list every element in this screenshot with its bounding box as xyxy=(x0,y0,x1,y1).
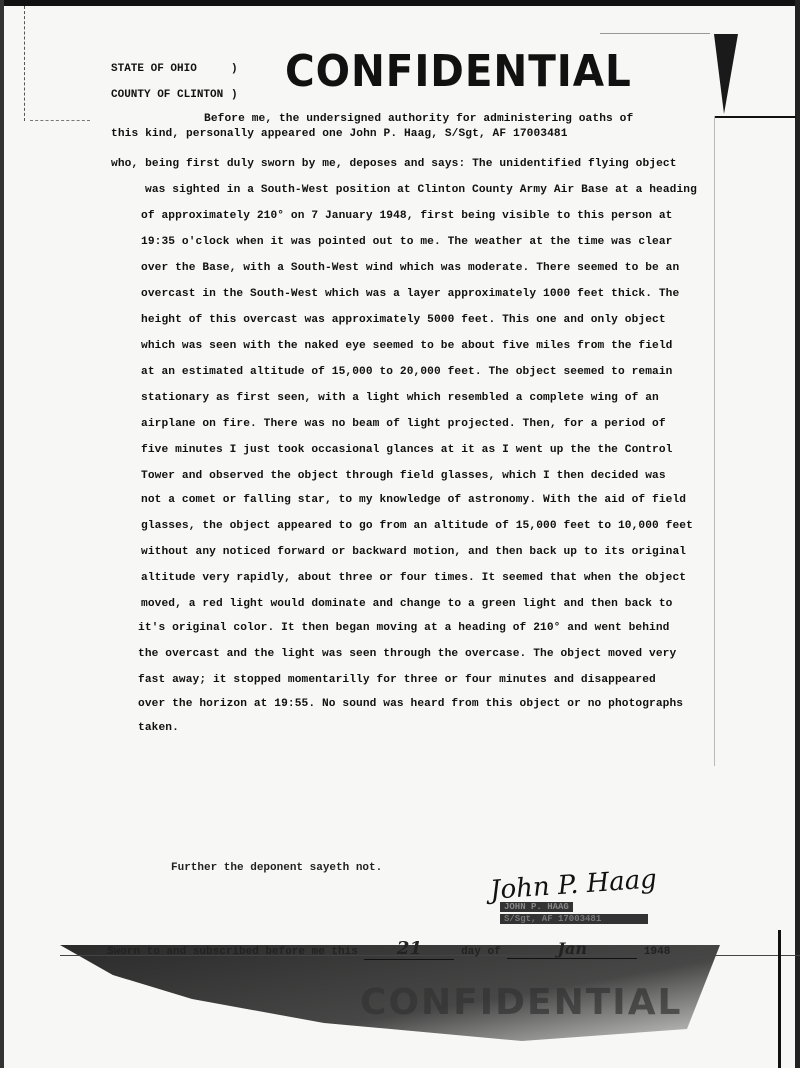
closing-statement: Further the deponent sayeth not. xyxy=(171,862,382,874)
fold-mark xyxy=(30,120,90,122)
body-line: altitude very rapidly, about three or fo… xyxy=(141,572,686,584)
body-line: which was seen with the naked eye seemed… xyxy=(141,340,672,352)
handwritten-signature: John P. Haag xyxy=(489,864,658,906)
fold-line-top xyxy=(600,33,710,34)
body-line: five minutes I just took occasional glan… xyxy=(141,444,672,456)
body-line: without any noticed forward or backward … xyxy=(141,546,686,558)
body-line: Before me, the undersigned authority for… xyxy=(204,113,633,125)
fold-line xyxy=(24,6,26,121)
brace: ) xyxy=(231,82,238,108)
jurat-year: 1948 xyxy=(644,946,670,958)
body-line: 19:35 o'clock when it was pointed out to… xyxy=(141,236,672,248)
body-line: it's original color. It then began movin… xyxy=(138,622,669,634)
body-line: at an estimated altitude of 15,000 to 20… xyxy=(141,366,672,378)
jurat-month: Jan xyxy=(507,939,637,959)
scan-border-left xyxy=(0,0,4,1068)
body-line: fast away; it stopped momentarilly for t… xyxy=(138,674,656,686)
body-line: this kind, personally appeared one John … xyxy=(111,128,568,140)
confidential-stamp-top: CONFIDENTIAL xyxy=(285,46,632,97)
typed-rank: S/Sgt, AF 17003481 xyxy=(500,914,648,924)
jurisdiction-block: STATE OF OHIO ) COUNTY OF CLINTON ) xyxy=(111,56,238,108)
state-label: STATE OF OHIO xyxy=(111,56,231,82)
body-line: Tower and observed the object through fi… xyxy=(141,470,666,482)
body-line: of approximately 210° on 7 January 1948,… xyxy=(141,210,672,222)
scan-border-right xyxy=(795,0,800,1068)
confidential-stamp-bottom: CONFIDENTIAL xyxy=(360,982,683,1023)
body-line: taken. xyxy=(138,722,179,734)
body-line: the overcast and the light was seen thro… xyxy=(138,648,676,660)
body-line: glasses, the object appeared to go from … xyxy=(141,520,693,532)
typed-name: JOHN P. HAAG xyxy=(500,902,573,912)
body-line: not a comet or falling star, to my knowl… xyxy=(141,494,686,506)
body-line: over the Base, with a South-West wind wh… xyxy=(141,262,679,274)
jurat-prefix: Sworn to and subscribed before me this xyxy=(107,946,358,958)
body-line: height of this overcast was approximatel… xyxy=(141,314,666,326)
body-line: airplane on fire. There was no beam of l… xyxy=(141,418,666,430)
scan-edge-mark xyxy=(778,930,781,1068)
corner-fold-mark xyxy=(714,34,738,114)
jurat-line: Sworn to and subscribed before me this 2… xyxy=(107,938,670,960)
body-line: overcast in the South-West which was a l… xyxy=(141,288,679,300)
body-line: was sighted in a South-West position at … xyxy=(145,184,697,196)
body-line: who, being first duly sworn by me, depos… xyxy=(111,158,677,170)
body-line: moved, a red light would dominate and ch… xyxy=(141,598,672,610)
brace: ) xyxy=(231,56,238,82)
corner-rule xyxy=(714,116,796,118)
jurat-mid: day of xyxy=(461,946,501,958)
body-line: over the horizon at 19:55. No sound was … xyxy=(138,698,683,710)
scan-border-top xyxy=(0,0,800,6)
jurat-day: 21 xyxy=(364,938,454,960)
page-crease xyxy=(714,116,715,766)
county-label: COUNTY OF CLINTON xyxy=(111,82,231,108)
body-line: stationary as first seen, with a light w… xyxy=(141,392,659,404)
